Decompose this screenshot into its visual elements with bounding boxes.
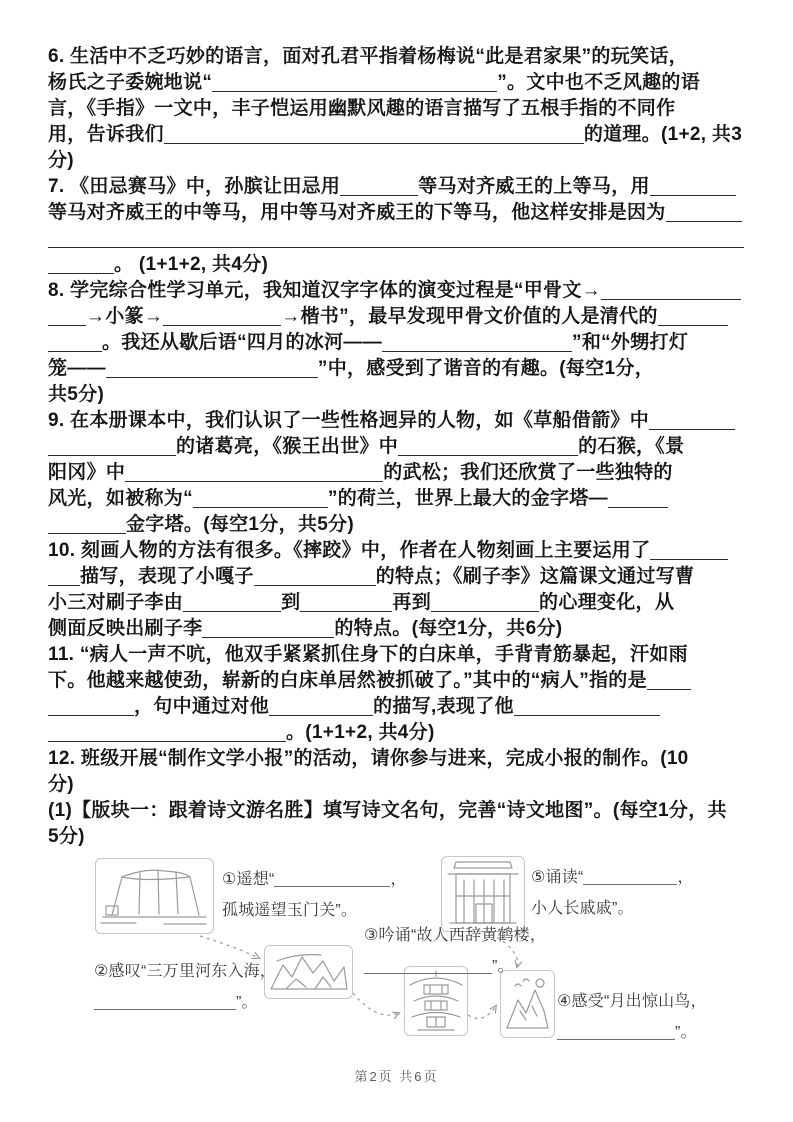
question-12: 12. 班级开展“制作文学小报”的活动，请你参与进来，完成小报的制作。(10分)… bbox=[48, 746, 748, 850]
text-segment: 。我还从歇后语“四月的冰河—— bbox=[102, 332, 382, 353]
answer-blank bbox=[193, 488, 328, 508]
text-segment: 的武松；我们还欣赏了一些独特的 bbox=[383, 462, 673, 483]
text-segment: 小人长戚戚”。 bbox=[531, 900, 634, 917]
map-caption-line: ”。 bbox=[557, 1017, 707, 1048]
question-line: 小三对刷子李由到再到的心理变化，从 bbox=[48, 590, 748, 616]
poetry-map: ①遥想“，孤城遥望玉门关”。 ②感叹“三万里河东入海，”。 ③吟诵“故人西辞黄鹤… bbox=[0, 852, 793, 1068]
text-segment: 阳冈》中 bbox=[48, 462, 125, 483]
answer-blank bbox=[48, 228, 744, 248]
question-line: 金字塔。(每空1分，共5分) bbox=[48, 512, 748, 538]
text-segment: ”和“外甥打灯 bbox=[572, 332, 688, 353]
map-item-sanwanli-he: ②感叹“三万里河东入海，”。 bbox=[94, 956, 276, 1018]
question-line: 9. 在本册课本中，我们认识了一些性格迥异的人物，如《草船借箭》中 bbox=[48, 408, 748, 434]
question-line: 下。他越来越使劲，崭新的白床单居然被抓破了。”其中的“病人”指的是 bbox=[48, 668, 748, 694]
answer-blank bbox=[202, 618, 334, 638]
answer-blank bbox=[269, 696, 373, 716]
map-item-yumenguan: ①遥想“，孤城遥望玉门关”。 bbox=[222, 864, 407, 926]
answer-blank bbox=[431, 592, 539, 612]
answer-blank bbox=[212, 72, 497, 92]
text-segment: ”。文中也不乏风趣的语 bbox=[497, 72, 700, 93]
question-8: 8. 学完综合性学习单元，我知道汉字字体的演变过程是“甲骨文→→小篆→→楷书”，… bbox=[48, 278, 748, 408]
exam-page: { "page": { "footer": "第2页 共6页" }, "ques… bbox=[0, 0, 793, 1122]
answer-blank bbox=[514, 696, 660, 716]
text-segment: 的诸葛亮，《猴王出世》中 bbox=[176, 436, 398, 457]
question-line: 笼——”中，感受到了谐音的有趣。(每空1分， bbox=[48, 356, 748, 382]
question-line: →小篆→→楷书”，最早发现甲骨文价值的人是清代的 bbox=[48, 304, 748, 330]
text-segment: 侧面反映出刷子李 bbox=[48, 618, 202, 639]
question-line: 的诸葛亮，《猴王出世》中的石猴，《景 bbox=[48, 434, 748, 460]
text-segment: 再到 bbox=[392, 592, 431, 613]
answer-blank bbox=[48, 254, 114, 274]
text-segment: ”。 bbox=[492, 958, 514, 975]
question-line: 杨氏之子委婉地说“”。文中也不乏风趣的语 bbox=[48, 70, 748, 96]
question-line: 10. 刻画人物的方法有很多。《摔跤》中，作者在人物刻画上主要运用了 bbox=[48, 538, 748, 564]
answer-blank bbox=[48, 566, 80, 586]
answer-blank bbox=[666, 202, 742, 222]
answer-blank bbox=[48, 696, 134, 716]
rocky-mountain-sketch bbox=[264, 945, 353, 999]
text-segment: ⑤诵读“ bbox=[531, 869, 583, 886]
map-caption-line: ①遥想“， bbox=[222, 864, 407, 895]
text-segment: →小篆→ bbox=[86, 306, 163, 327]
text-segment: 等马对齐威王的中等马，用中等马对齐威王的下等马，他这样安排是因为 bbox=[48, 202, 666, 223]
answer-blank bbox=[382, 332, 572, 352]
text-segment: 杨氏之子委婉地说“ bbox=[48, 72, 212, 93]
answer-blank bbox=[340, 176, 418, 196]
answer-blank bbox=[658, 306, 728, 326]
text-segment: ”。 bbox=[675, 1024, 697, 1041]
answer-blank bbox=[163, 306, 281, 326]
text-segment: 笼—— bbox=[48, 358, 106, 379]
question-line: 用，告诉我们的道理。(1+2, 共3 bbox=[48, 122, 748, 148]
question-6: 6. 生活中不乏巧妙的语言，面对孔君平指着杨梅说“此是君家果”的玩笑话，杨氏之子… bbox=[48, 44, 748, 174]
question-line: 7. 《田忌赛马》中，孙膑让田忌用等马对齐威王的上等马，用 bbox=[48, 174, 748, 200]
question-line: 分) bbox=[48, 148, 748, 174]
text-segment: 8. 学完综合性学习单元，我知道汉字字体的演变过程是“甲骨文→ bbox=[48, 280, 601, 301]
question-line: 等马对齐威王的中等马，用中等马对齐威王的下等马，他这样安排是因为 bbox=[48, 200, 748, 226]
text-segment: 分) bbox=[48, 774, 74, 795]
question-line: 言，《手指》一文中，丰子恺运用幽默风趣的语言描写了五根手指的不同作 bbox=[48, 96, 748, 122]
page-number-footer: 第2页 共6页 bbox=[0, 1066, 793, 1085]
text-segment: 11. “病人一声不吭，他双手紧紧抓住身下的白床单，手背青筋暴起，汗如雨 bbox=[48, 644, 688, 665]
text-segment: 小三对刷子李由 bbox=[48, 592, 183, 613]
text-segment: ④感受“月出惊山鸟， bbox=[557, 993, 707, 1010]
text-segment: 分) bbox=[48, 150, 74, 171]
question-line: 5分) bbox=[48, 824, 748, 850]
question-line: 。(1+1+2, 共4分) bbox=[48, 720, 748, 746]
text-segment: 下。他越来越使劲，崭新的白床单居然被抓破了。”其中的“病人”指的是 bbox=[48, 670, 647, 691]
text-segment: 孤城遥望玉门关”。 bbox=[222, 902, 357, 919]
map-caption-line: ”。 bbox=[364, 951, 546, 982]
text-segment: ”的荷兰，世界上最大的金字塔— bbox=[328, 488, 608, 509]
map-caption-line: ③吟诵“故人西辞黄鹤楼， bbox=[364, 920, 546, 951]
text-segment: 的特点。(每空1分，共6分) bbox=[334, 618, 562, 639]
text-segment: ”。 bbox=[236, 994, 258, 1011]
question-line: ，句中通过对他的描写,表现了他 bbox=[48, 694, 748, 720]
text-segment: (1)【版块一：跟着诗文游名胜】填写诗文名句，完善“诗文地图”。(每空1分，共 bbox=[48, 800, 727, 821]
text-segment: 风光，如被称为“ bbox=[48, 488, 193, 509]
text-segment: 9. 在本册课本中，我们认识了一些性格迥异的人物，如《草船借箭》中 bbox=[48, 410, 649, 431]
question-line: 。 (1+1+2, 共4分) bbox=[48, 252, 748, 278]
question-line bbox=[48, 226, 748, 252]
map-caption-line: 小人长戚戚”。 bbox=[531, 893, 694, 924]
question-line: 分) bbox=[48, 772, 748, 798]
text-segment: 的特点；《刷子李》这篇课文通过写曹 bbox=[376, 566, 695, 587]
answer-blank bbox=[647, 670, 691, 690]
text-segment: ，句中通过对他 bbox=[134, 696, 269, 717]
text-segment: 7. 《田忌赛马》中，孙膑让田忌用 bbox=[48, 176, 340, 197]
question-line: 阳冈》中的武松；我们还欣赏了一些独特的 bbox=[48, 460, 748, 486]
text-segment: 共5分) bbox=[48, 384, 104, 405]
map-caption-line: ②感叹“三万里河东入海， bbox=[94, 956, 276, 987]
map-item-yellow-crane: ③吟诵“故人西辞黄鹤楼，”。 bbox=[364, 920, 546, 982]
map-item-analects: ⑤诵读“，小人长戚戚”。 bbox=[531, 862, 694, 924]
answer-blank bbox=[106, 358, 318, 378]
text-segment: 5分) bbox=[48, 826, 85, 847]
answer-blank bbox=[398, 436, 578, 456]
text-segment: 。(1+1+2, 共4分) bbox=[286, 722, 435, 743]
text-segment: 。 (1+1+2, 共4分) bbox=[114, 254, 268, 275]
question-line: 11. “病人一声不吭，他双手紧紧抓住身下的白床单，手背青筋暴起，汗如雨 bbox=[48, 642, 748, 668]
route-arrow-3 bbox=[468, 1006, 496, 1018]
answer-blank bbox=[650, 540, 728, 560]
text-segment: 12. 班级开展“制作文学小报”的活动，请你参与进来，完成小报的制作。(10 bbox=[48, 748, 689, 769]
question-10: 10. 刻画人物的方法有很多。《摔跤》中，作者在人物刻画上主要运用了描写，表现了… bbox=[48, 538, 748, 642]
question-line: 侧面反映出刷子李的特点。(每空1分，共6分) bbox=[48, 616, 748, 642]
text-segment: ， bbox=[677, 869, 693, 886]
text-segment: 描写，表现了小嘎子 bbox=[80, 566, 254, 587]
text-segment: 言，《手指》一文中，丰子恺运用幽默风趣的语言描写了五根手指的不同作 bbox=[48, 98, 675, 119]
answer-blank bbox=[183, 592, 281, 612]
answer-blank bbox=[601, 280, 741, 300]
answer-blank bbox=[300, 592, 392, 612]
text-segment: 到 bbox=[281, 592, 300, 613]
answer-blank bbox=[48, 306, 86, 326]
question-7: 7. 《田忌赛马》中，孙膑让田忌用等马对齐威王的上等马，用等马对齐威王的中等马，… bbox=[48, 174, 748, 278]
question-line: 6. 生活中不乏巧妙的语言，面对孔君平指着杨梅说“此是君家果”的玩笑话， bbox=[48, 44, 748, 70]
answer-blank bbox=[94, 993, 236, 1010]
map-item-birdsong: ④感受“月出惊山鸟，”。 bbox=[557, 986, 707, 1048]
route-arrow-1 bbox=[200, 936, 259, 958]
text-segment: ②感叹“三万里河东入海， bbox=[94, 963, 276, 980]
answer-blank bbox=[48, 722, 286, 742]
map-caption-line: ⑤诵读“， bbox=[531, 862, 694, 893]
text-segment: 的心理变化，从 bbox=[539, 592, 674, 613]
answer-blank bbox=[650, 176, 736, 196]
text-segment: 的石猴，《景 bbox=[578, 436, 684, 457]
text-segment: 的描写,表现了他 bbox=[373, 696, 514, 717]
answer-blank bbox=[125, 462, 383, 482]
answer-blank bbox=[254, 566, 376, 586]
text-segment: 用，告诉我们 bbox=[48, 124, 164, 145]
question-line: 12. 班级开展“制作文学小报”的活动，请你参与进来，完成小报的制作。(10 bbox=[48, 746, 748, 772]
cliff-fortress-sketch bbox=[95, 858, 214, 934]
answer-blank bbox=[48, 514, 126, 534]
text-segment: ”中，感受到了谐音的有趣。(每空1分， bbox=[318, 358, 654, 379]
answer-blank bbox=[48, 332, 102, 352]
text-segment: 等马对齐威王的上等马，用 bbox=[418, 176, 650, 197]
question-line: 。我还从歇后语“四月的冰河——”和“外甥打灯 bbox=[48, 330, 748, 356]
question-line: 8. 学完综合性学习单元，我知道汉字字体的演变过程是“甲骨文→ bbox=[48, 278, 748, 304]
text-segment: 10. 刻画人物的方法有很多。《摔跤》中，作者在人物刻画上主要运用了 bbox=[48, 540, 650, 561]
question-11: 11. “病人一声不吭，他双手紧紧抓住身下的白床单，手背青筋暴起，汗如雨下。他越… bbox=[48, 642, 748, 746]
answer-blank bbox=[583, 868, 677, 885]
answer-blank bbox=[649, 410, 735, 430]
text-segment: ， bbox=[390, 871, 406, 888]
route-arrow-2 bbox=[353, 993, 399, 1015]
text-segment: ①遥想“ bbox=[222, 871, 274, 888]
map-caption-line: ”。 bbox=[94, 987, 276, 1018]
question-line: 描写，表现了小嘎子的特点；《刷子李》这篇课文通过写曹 bbox=[48, 564, 748, 590]
answer-blank bbox=[557, 1023, 675, 1040]
text-segment: ③吟诵“故人西辞黄鹤楼， bbox=[364, 927, 546, 944]
text-segment: 的道理。(1+2, 共3 bbox=[584, 124, 742, 145]
answer-blank bbox=[48, 436, 176, 456]
question-line: (1)【版块一：跟着诗文游名胜】填写诗文名句，完善“诗文地图”。(每空1分，共 bbox=[48, 798, 748, 824]
question-line: 风光，如被称为“”的荷兰，世界上最大的金字塔— bbox=[48, 486, 748, 512]
exam-question-list: 6. 生活中不乏巧妙的语言，面对孔君平指着杨梅说“此是君家果”的玩笑话，杨氏之子… bbox=[48, 44, 748, 850]
text-segment: 6. 生活中不乏巧妙的语言，面对孔君平指着杨梅说“此是君家果”的玩笑话， bbox=[48, 46, 688, 67]
answer-blank bbox=[364, 957, 492, 974]
answer-blank bbox=[608, 488, 668, 508]
text-segment: 金字塔。(每空1分，共5分) bbox=[126, 514, 354, 535]
question-line: 共5分) bbox=[48, 382, 748, 408]
map-caption-line: ④感受“月出惊山鸟， bbox=[557, 986, 707, 1017]
question-9: 9. 在本册课本中，我们认识了一些性格迥异的人物，如《草船借箭》中的诸葛亮，《猴… bbox=[48, 408, 748, 538]
text-segment: →楷书”，最早发现甲骨文价值的人是清代的 bbox=[281, 306, 658, 327]
answer-blank bbox=[274, 870, 390, 887]
answer-blank bbox=[164, 124, 584, 144]
